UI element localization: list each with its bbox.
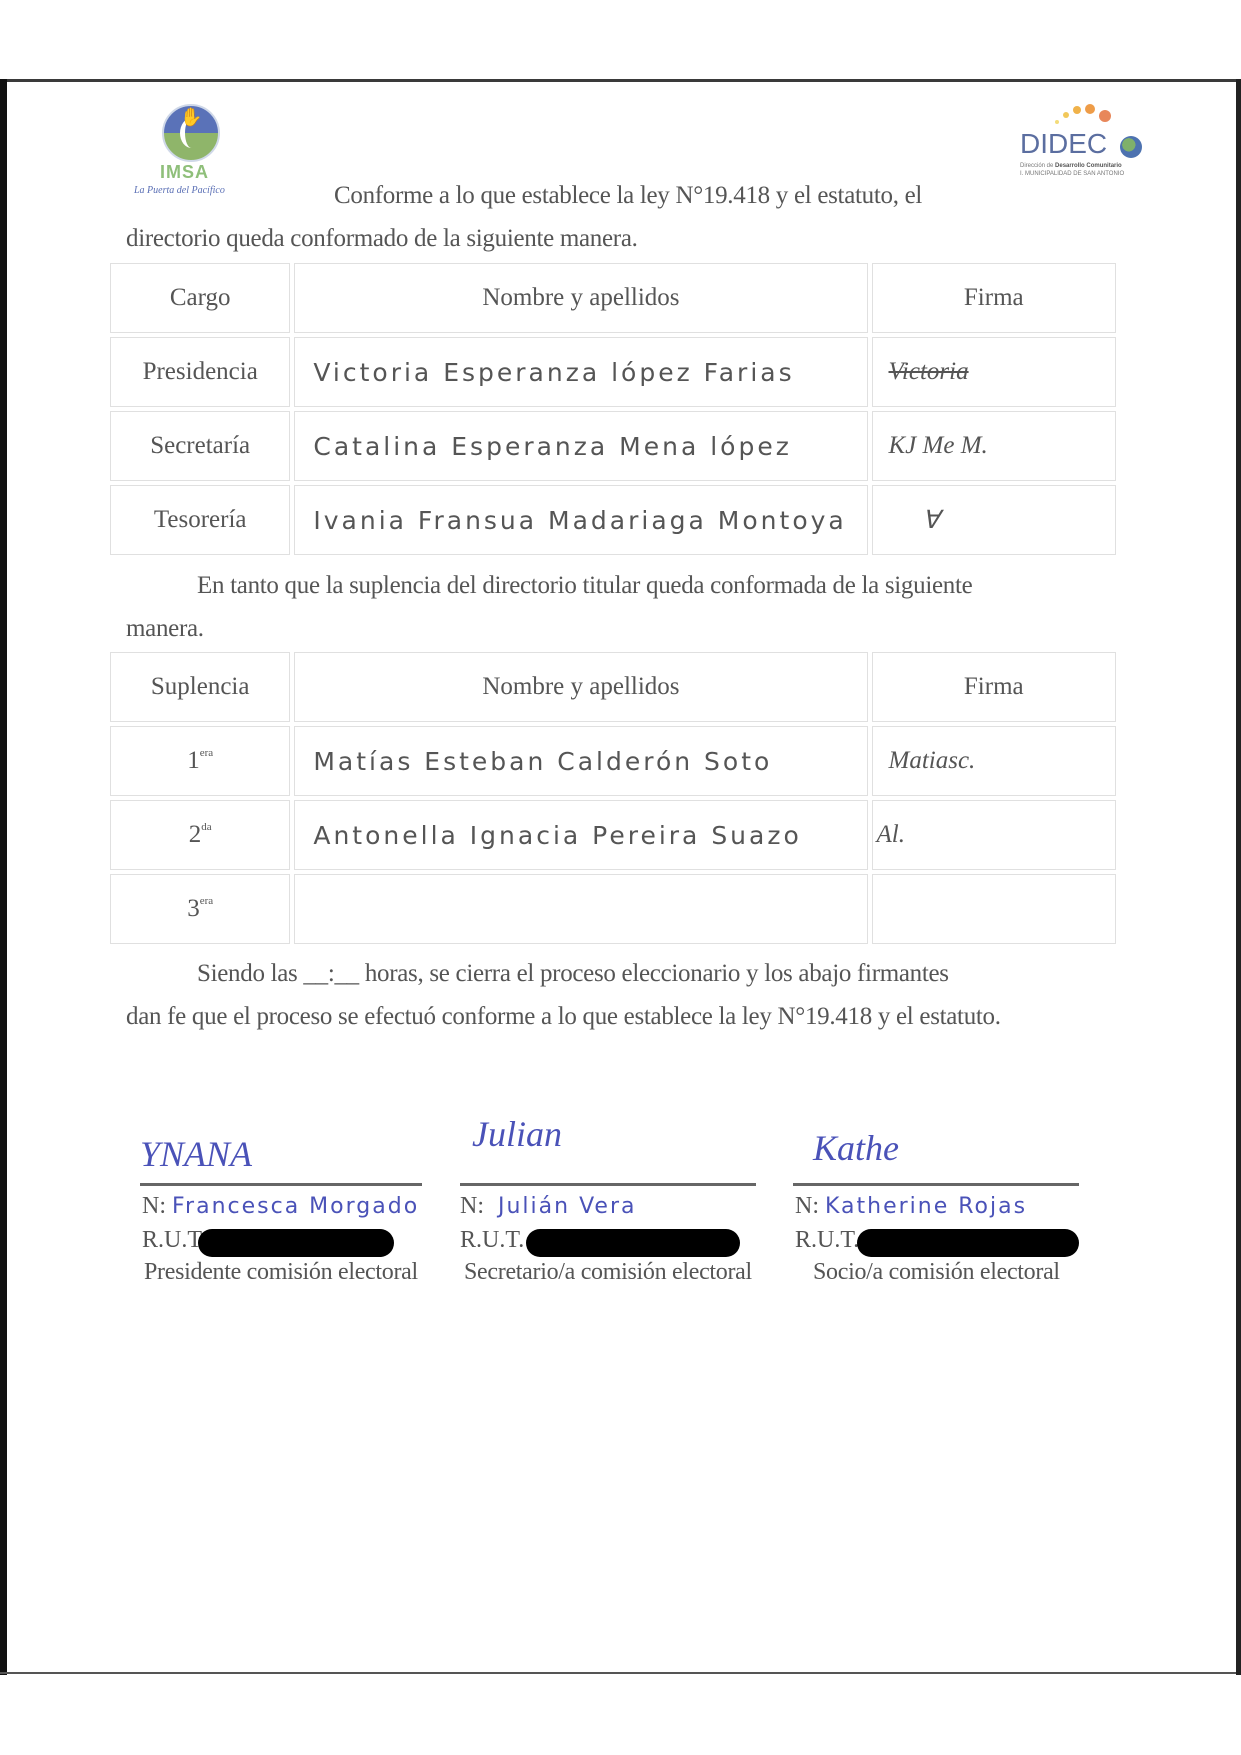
header-nombre: Nombre y apellidos: [294, 652, 867, 722]
suplencia-number: 2da: [110, 800, 290, 870]
scan-edge-left: [0, 79, 7, 1675]
suplencia-number: 3era: [110, 874, 290, 944]
table-row: 1era Matías Esteban Calderón Soto Matias…: [110, 726, 1116, 796]
header-firma: Firma: [872, 652, 1117, 722]
header-firma: Firma: [872, 263, 1117, 333]
cargo-cell: Presidencia: [110, 337, 290, 407]
nombre-cell: Matías Esteban Calderón Soto: [294, 726, 867, 796]
cargo-cell: Tesorería: [110, 485, 290, 555]
signer-role: Presidente comisión electoral: [144, 1259, 418, 1286]
imsa-logo-name: IMSA: [160, 162, 209, 183]
suplencia-intro-line-2: manera.: [126, 615, 204, 643]
table-row: Presidencia Victoria Esperanza lópez Far…: [110, 337, 1116, 407]
dideco-logo-subtitle: Dirección de Desarrollo Comunitario I. M…: [1020, 162, 1124, 178]
firma-signature: Matiasc.: [872, 726, 1117, 796]
nombre-cell: Catalina Esperanza Mena lópez: [294, 411, 867, 481]
nombre-cell: Victoria Esperanza lópez Farias: [294, 337, 867, 407]
signature-line: [793, 1183, 1079, 1186]
table-row: 3era: [110, 874, 1116, 944]
closing-line-2: dan fe que el proceso se efectuó conform…: [126, 1003, 1001, 1031]
closing-line-1: Siendo las __:__ horas, se cierra el pro…: [197, 960, 949, 988]
suplencia-table: Suplencia Nombre y apellidos Firma 1era …: [106, 648, 1120, 948]
rut-label: R.U.T.: [460, 1227, 524, 1254]
header-suplencia: Suplencia: [110, 652, 290, 722]
signer-signature: YNANA: [140, 1133, 252, 1175]
signer-name-row: N:Katherine Rojas: [795, 1193, 1027, 1220]
signer-signature: Julian: [472, 1113, 562, 1155]
scan-edge-top: [0, 79, 1241, 82]
signer-name-row: N:Julián Vera: [460, 1193, 636, 1220]
nombre-cell: Antonella Ignacia Pereira Suazo: [294, 800, 867, 870]
firma-signature: Victoria: [872, 337, 1117, 407]
cargo-cell: Secretaría: [110, 411, 290, 481]
firma-signature-empty: [872, 874, 1117, 944]
nombre-cell: Ivania Fransua Madariaga Montoya: [294, 485, 867, 555]
dideco-globe-icon: [1120, 136, 1142, 158]
directorio-table: Cargo Nombre y apellidos Firma Presidenc…: [106, 259, 1120, 559]
firma-signature: Ɐ: [872, 485, 1117, 555]
header-cargo: Cargo: [110, 263, 290, 333]
signer-role: Socio/a comisión electoral: [813, 1259, 1060, 1286]
scan-edge-bottom: [0, 1672, 1236, 1674]
firma-signature: KJ Me M.: [872, 411, 1117, 481]
signature-line: [460, 1183, 756, 1186]
signer-name-row: N:Francesca Morgado: [142, 1193, 419, 1220]
rut-label: R.U.T: [142, 1227, 202, 1254]
imsa-sun-icon: ✋: [180, 108, 202, 126]
signer-role: Secretario/a comisión electoral: [464, 1259, 752, 1286]
imsa-logo-tagline: La Puerta del Pacífico: [134, 185, 225, 196]
scan-edge-right: [1236, 79, 1241, 1675]
table-row: 2da Antonella Ignacia Pereira Suazo Al.: [110, 800, 1116, 870]
dideco-logo: DIDEC Dirección de Desarrollo Comunitari…: [1015, 98, 1155, 188]
rut-redaction: [526, 1229, 740, 1257]
table-header-row: Cargo Nombre y apellidos Firma: [110, 263, 1116, 333]
rut-redaction: [198, 1229, 394, 1257]
rut-redaction: [857, 1229, 1079, 1257]
signature-line: [140, 1183, 422, 1186]
signer-signature: Kathe: [813, 1127, 899, 1169]
dideco-logo-name: DIDEC: [1020, 128, 1107, 160]
intro-line-2: directorio queda conformado de la siguie…: [126, 225, 638, 253]
rut-label: R.U.T.: [795, 1227, 859, 1254]
intro-line-1: Conforme a lo que establece la ley N°19.…: [334, 182, 922, 210]
table-header-row: Suplencia Nombre y apellidos Firma: [110, 652, 1116, 722]
suplencia-number: 1era: [110, 726, 290, 796]
table-row: Tesorería Ivania Fransua Madariaga Monto…: [110, 485, 1116, 555]
header-nombre: Nombre y apellidos: [294, 263, 867, 333]
suplencia-intro-line-1: En tanto que la suplencia del directorio…: [197, 572, 972, 600]
nombre-cell-empty: [294, 874, 867, 944]
imsa-logo: ✋ IMSA La Puerta del Pacífico: [130, 92, 260, 202]
firma-signature: Al.: [872, 800, 1117, 870]
table-row: Secretaría Catalina Esperanza Mena lópez…: [110, 411, 1116, 481]
